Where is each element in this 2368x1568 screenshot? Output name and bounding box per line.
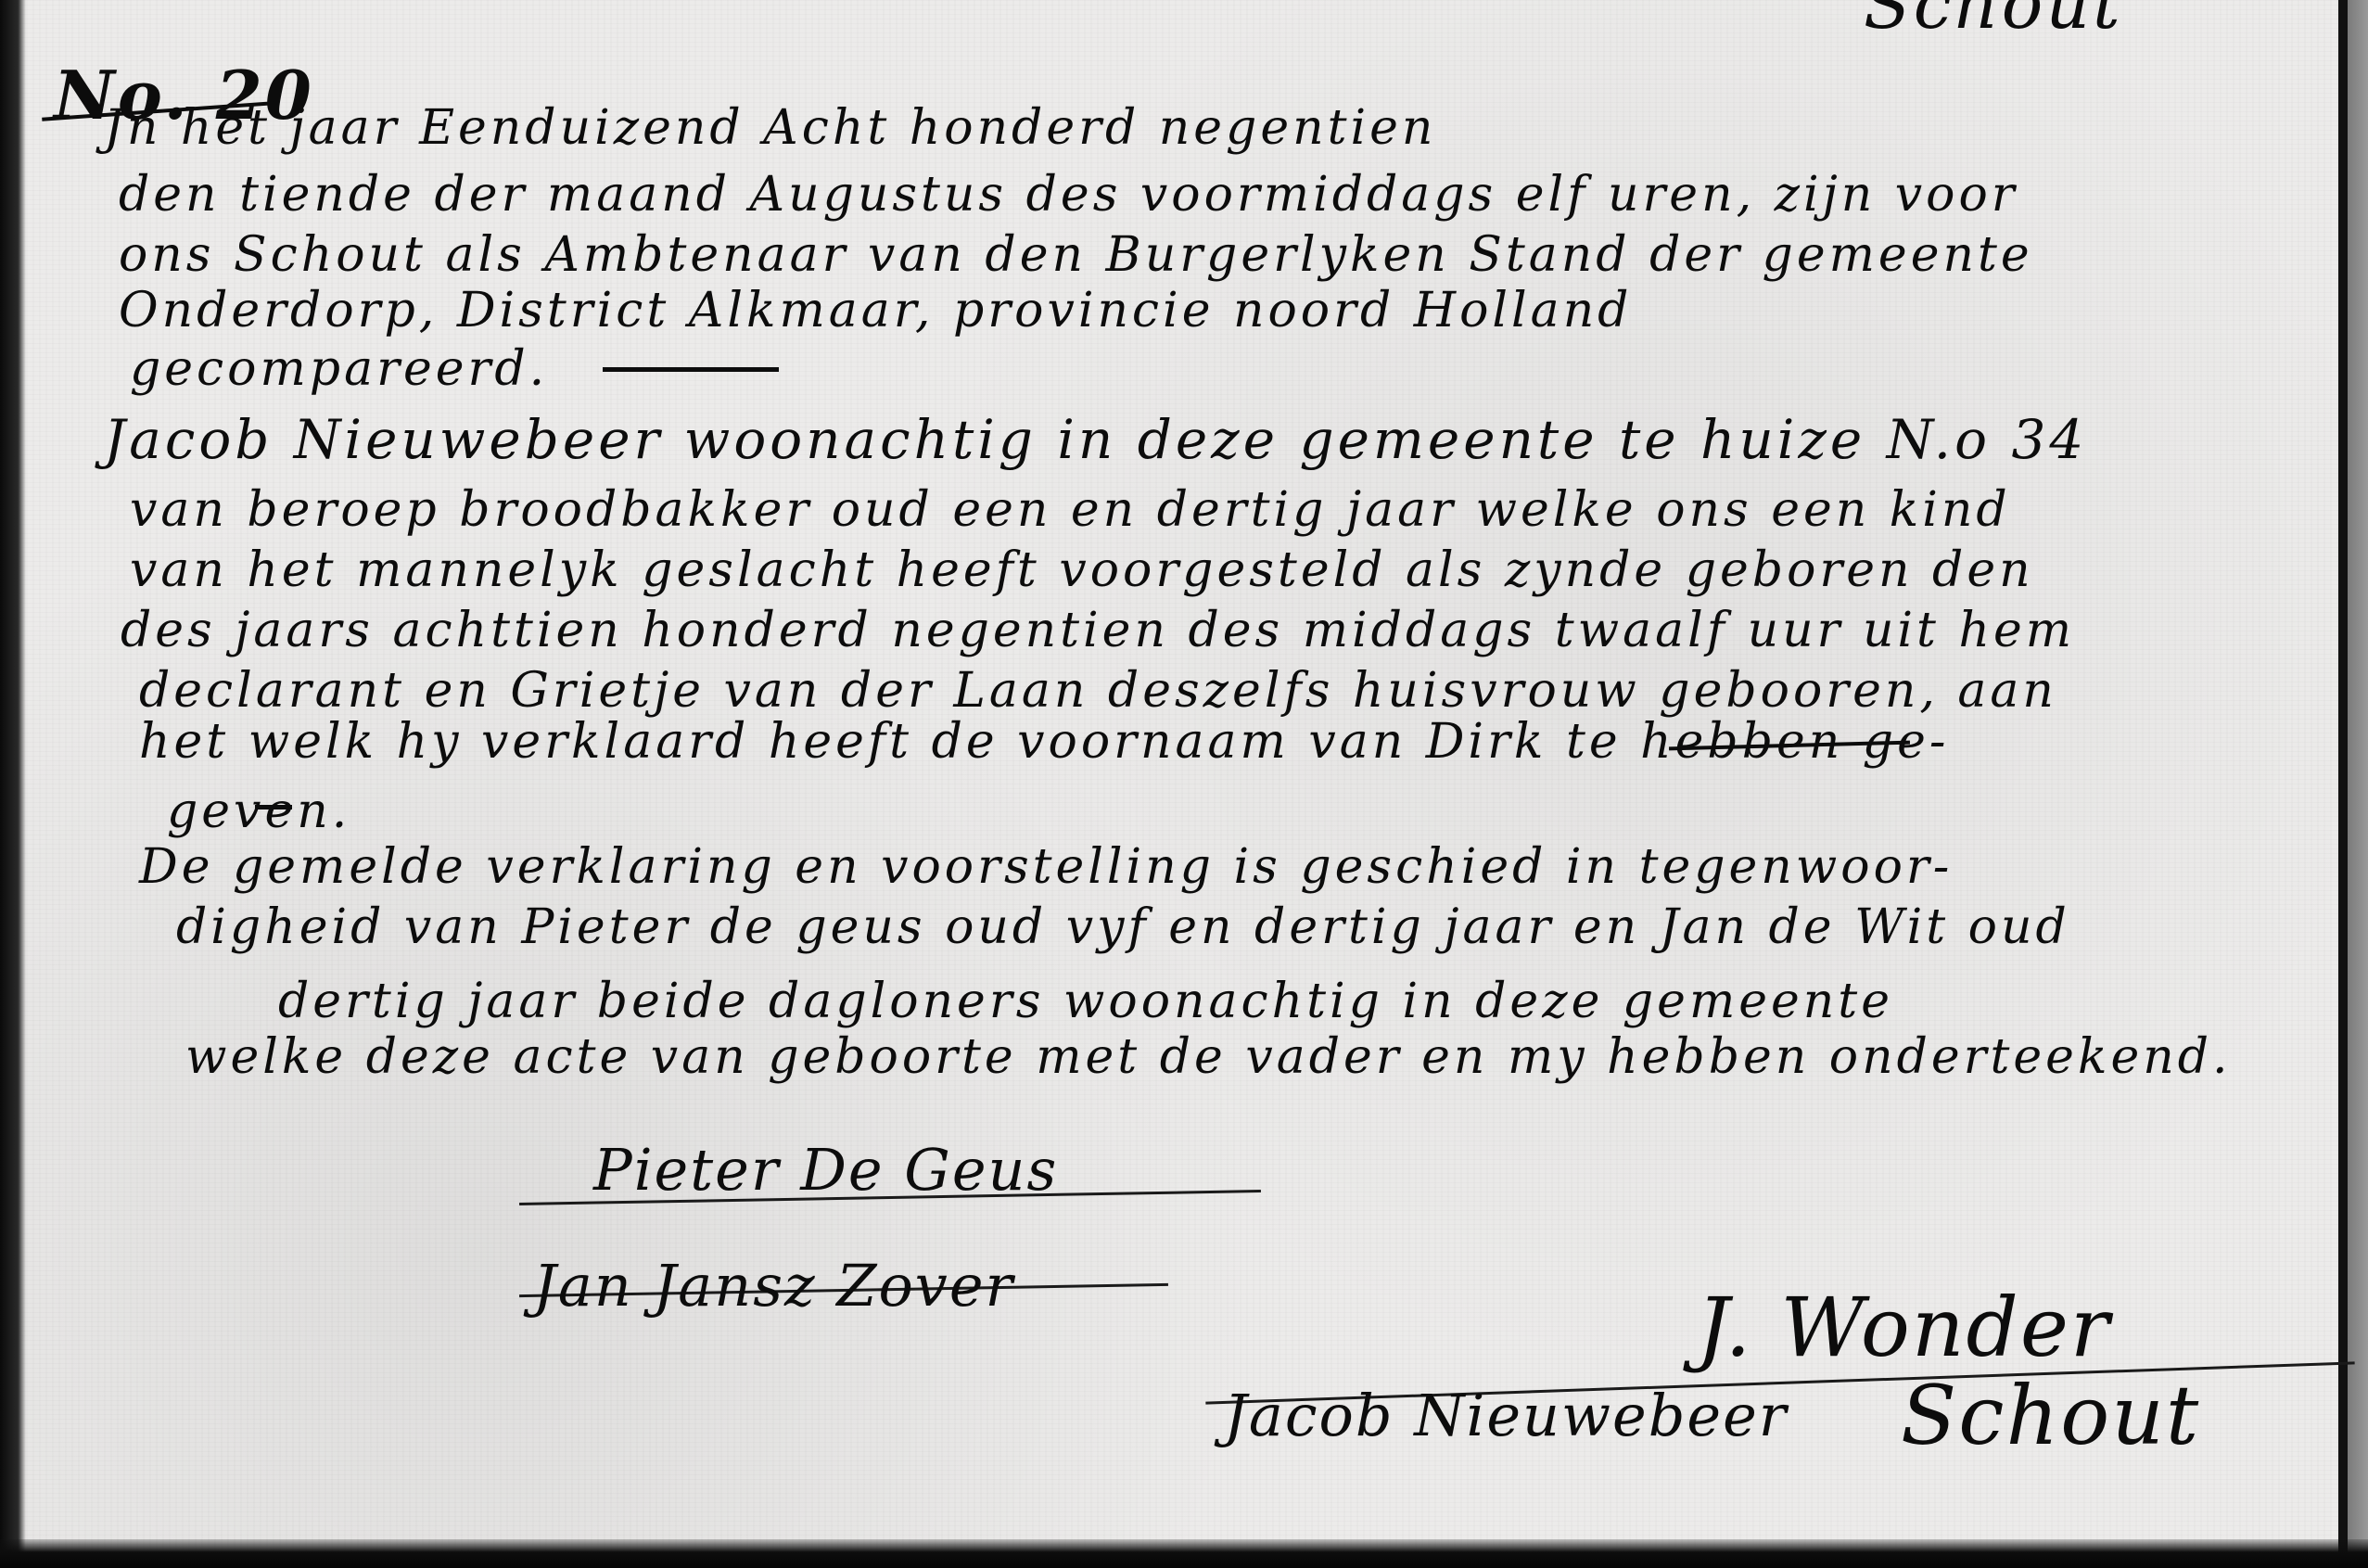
text-line-13: De gemelde verklaring en voorstelling is… [139, 839, 1953, 895]
page-bottom-border [0, 1539, 2368, 1568]
text-line-16: welke deze acte van geboorte met de vade… [185, 1029, 2232, 1085]
text-line-8: van het mannelyk geslacht heeft voorgest… [130, 542, 2034, 598]
text-line-3: ons Schout als Ambtenaar van den Burgerl… [119, 227, 2033, 283]
signature-declarant: Jacob Nieuwebeer [1224, 1382, 1788, 1449]
line-end-dash [603, 367, 779, 372]
text-line-9: des jaars achttien honderd negentien des… [121, 603, 2075, 658]
text-line-6: Jacob Nieuwebeer woonachtig in deze geme… [104, 408, 2087, 471]
page-right-border [2338, 0, 2368, 1568]
text-line-5: gecompareerd. [130, 341, 548, 397]
line-end-dash [255, 805, 292, 809]
signature-official-title: Schout [1901, 1368, 2200, 1463]
signature-official-name: J. Wonder [1697, 1280, 2111, 1375]
scanned-document-page: Schout No. 20 Jn het jaar Eenduizend Ach… [0, 0, 2368, 1568]
text-line-10: declarant en Grietje van der Laan deszel… [139, 663, 2057, 719]
text-line-14: digheid van Pieter de geus oud vyf en de… [176, 899, 2070, 955]
signature-witness-2: Jan Jansz Zover [533, 1252, 1014, 1319]
text-line-7: van beroep broodbakker oud een en dertig… [130, 482, 2011, 538]
text-line-12: geven. [167, 784, 350, 839]
page-left-border [0, 0, 26, 1568]
previous-record-signature-fragment: Schout [1864, 0, 2123, 45]
text-line-2: den tiende der maand Augustus des voormi… [119, 167, 2018, 223]
text-line-1: Jn het jaar Eenduizend Acht honderd nege… [104, 100, 1436, 156]
text-line-4: Onderdorp, District Alkmaar, provincie n… [119, 283, 1632, 338]
text-line-15: dertig jaar beide dagloners woonachtig i… [278, 974, 1893, 1029]
text-line-11: het welk hy verklaard heeft de voornaam … [139, 714, 1949, 770]
signature-witness-1: Pieter De Geus [593, 1136, 1058, 1204]
